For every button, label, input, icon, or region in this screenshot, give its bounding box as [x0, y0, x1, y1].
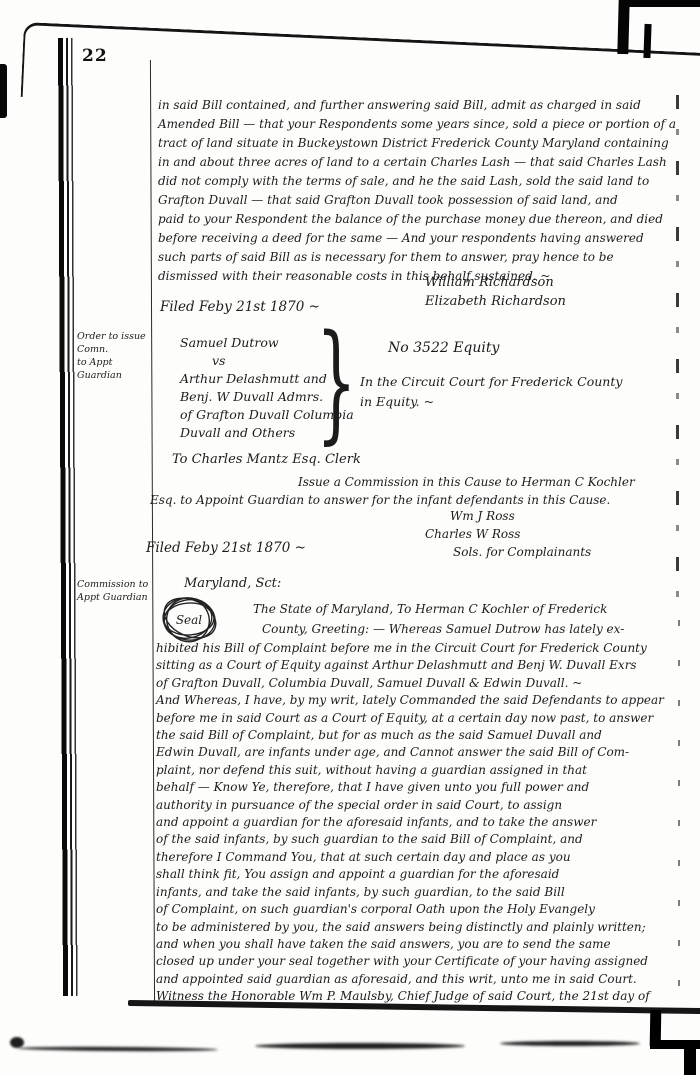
signature-william-richardson: William Richardson — [425, 273, 566, 292]
respondent-signatures: William Richardson Elizabeth Richardson — [425, 273, 566, 311]
scan-corner-mark-top-right — [620, 0, 700, 7]
scan-edge-mark-left — [0, 64, 7, 118]
scanned-court-record-page: 22 in said Bill contained, and further a… — [0, 0, 700, 1075]
right-page-edge-marks-lower — [678, 620, 680, 1000]
seal-label: Seal — [176, 613, 202, 627]
scan-corner-mark-bottom-right — [684, 1046, 696, 1075]
filed-note-1: Filed Feby 21st 1870 ~ — [160, 299, 320, 315]
commission-opening-line-1: The State of Maryland, To Herman C Kochl… — [253, 600, 624, 620]
commission-opening-line-2: County, Greeting: — Whereas Samuel Dutro… — [262, 620, 624, 640]
signature-wm-j-ross: Wm J Ross — [450, 507, 591, 525]
ink-smudge — [18, 1046, 218, 1051]
margin-note-commission: Commission to Appt Guardian — [77, 578, 151, 604]
signature-elizabeth-richardson: Elizabeth Richardson — [425, 292, 566, 311]
case-number: No 3522 Equity — [388, 340, 499, 356]
page-curl-mark — [643, 24, 651, 58]
margin-note-order: Order to issue Comn. to Appt Guardian — [77, 330, 151, 382]
filed-note-2: Filed Feby 21st 1870 ~ — [146, 540, 306, 556]
court-name-line-1: In the Circuit Court for Frederick Count… — [360, 372, 622, 392]
clerk-address: To Charles Mantz Esq. Clerk — [172, 452, 361, 467]
ink-smudge — [500, 1041, 640, 1046]
page-number: 22 — [82, 46, 108, 66]
solicitors-title: Sols. for Complainants — [453, 543, 591, 561]
court-name-line-2: in Equity. ~ — [360, 392, 622, 412]
signature-charles-w-ross: Charles W Ross — [425, 525, 591, 543]
ink-smudge — [10, 1037, 24, 1048]
commission-body-text: hibited his Bill of Complaint before me … — [156, 640, 664, 1006]
scan-corner-mark-top-right — [617, 0, 629, 54]
solicitor-signatures: Wm J Ross Charles W Ross Sols. for Compl… — [425, 507, 591, 561]
caption-brace: } — [316, 324, 357, 442]
commission-opening-text: The State of Maryland, To Herman C Kochl… — [253, 600, 624, 639]
maryland-sct-heading: Maryland, Sct: — [184, 576, 281, 591]
answer-continuation-text: in said Bill contained, and further answ… — [158, 96, 676, 286]
commission-order-line-1: Issue a Commission in this Cause to Herm… — [298, 475, 635, 489]
ink-smudge — [255, 1043, 465, 1049]
commission-order-line-2: Esq. to Appoint Guardian to answer for t… — [150, 493, 610, 507]
margin-rule-line — [150, 60, 155, 1005]
court-name: In the Circuit Court for Frederick Count… — [360, 372, 622, 412]
book-binding-edge — [56, 38, 85, 996]
right-page-edge-marks — [676, 95, 679, 615]
